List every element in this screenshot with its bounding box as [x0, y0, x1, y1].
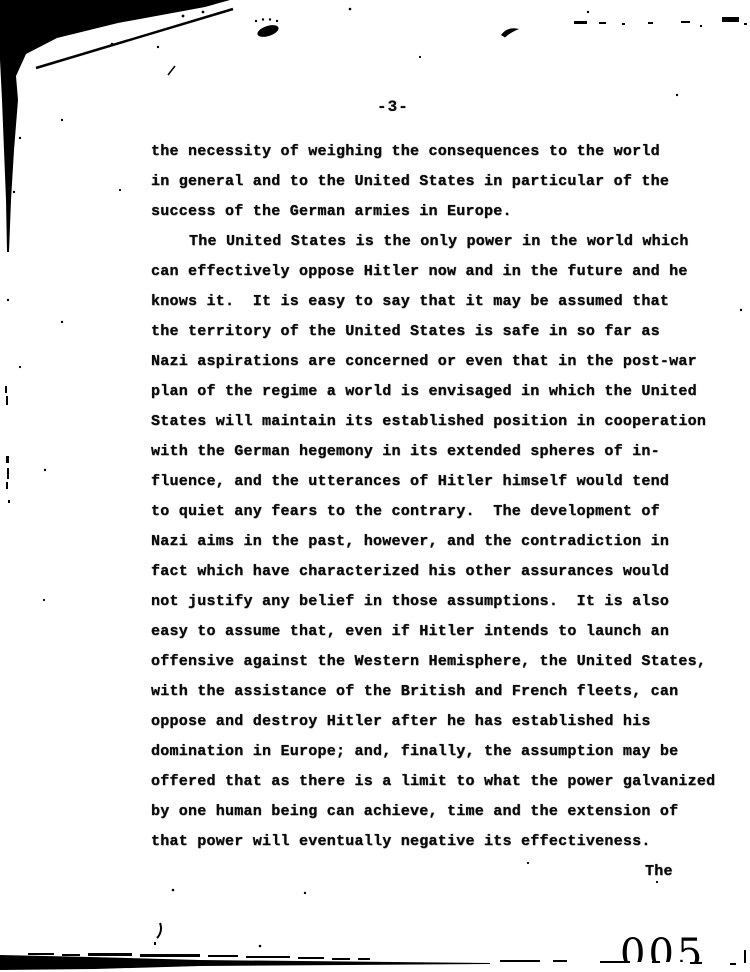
handwritten-archive-number: 005	[620, 934, 705, 962]
scanned-page: -3- the necessity of weighing the conseq…	[0, 0, 750, 972]
typed-line: Nazi aspirations are concerned or even t…	[151, 347, 731, 377]
scan-artifact-top-smudges	[255, 8, 747, 39]
typed-line: knows it. It is easy to say that it may …	[151, 287, 731, 317]
typed-line: States will maintain its established pos…	[151, 407, 731, 437]
typed-line: offered that as there is a limit to what…	[151, 767, 731, 797]
typed-line: not justify any belief in those assumpti…	[151, 587, 731, 617]
catchword: The	[151, 857, 731, 887]
typed-line: by one human being can achieve, time and…	[151, 797, 731, 827]
typed-line: the territory of the United States is sa…	[151, 317, 731, 347]
typed-line: the necessity of weighing the consequenc…	[151, 137, 731, 167]
typed-line: with the German hegemony in its extended…	[151, 437, 731, 467]
typed-body: the necessity of weighing the consequenc…	[151, 137, 731, 887]
typed-line: plan of the regime a world is envisaged …	[151, 377, 731, 407]
typed-line: in general and to the United States in p…	[151, 167, 731, 197]
typed-line: easy to assume that, even if Hitler inte…	[151, 617, 731, 647]
typed-line: can effectively oppose Hitler now and in…	[151, 257, 731, 287]
typed-line: that power will eventually negative its …	[151, 827, 731, 857]
page-number: -3-	[377, 99, 409, 115]
typed-line: with the assistance of the British and F…	[151, 677, 731, 707]
typed-line-paragraph-start: The United States is the only power in t…	[151, 227, 731, 257]
typed-line: success of the German armies in Europe.	[151, 197, 731, 227]
typed-line: domination in Europe; and, finally, the …	[151, 737, 731, 767]
typed-line: offensive against the Western Hemisphere…	[151, 647, 731, 677]
typed-line: Nazi aims in the past, however, and the …	[151, 527, 731, 557]
typed-line: to quiet any fears to the contrary. The …	[151, 497, 731, 527]
typed-line: fluence, and the utterances of Hitler hi…	[151, 467, 731, 497]
typed-line: fact which have characterized his other …	[151, 557, 731, 587]
typed-line: oppose and destroy Hitler after he has e…	[151, 707, 731, 737]
